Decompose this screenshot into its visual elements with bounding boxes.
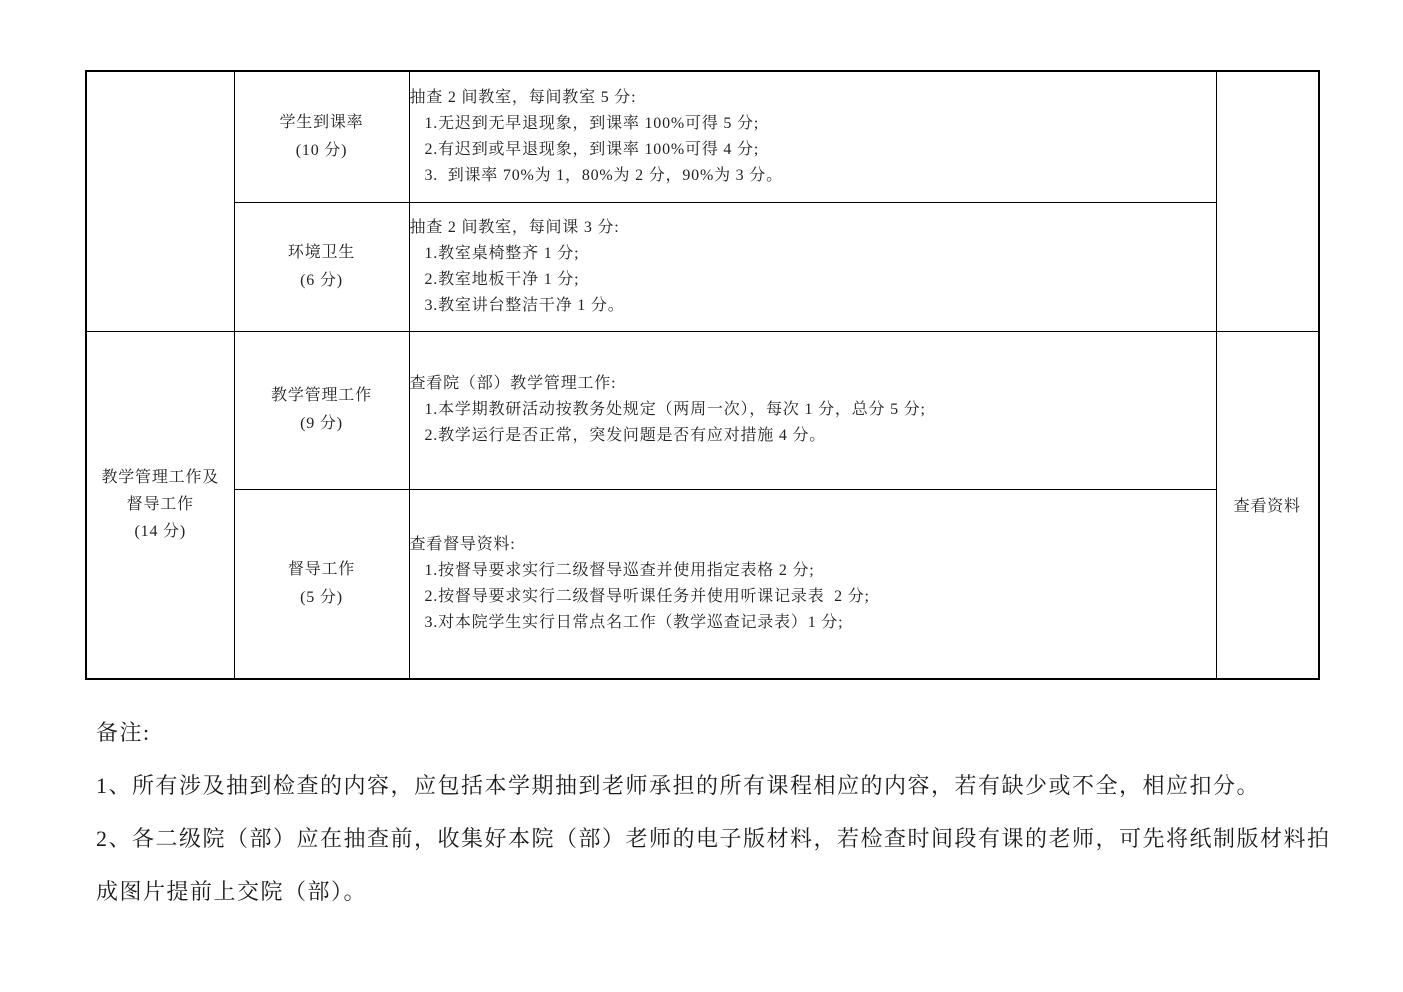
- detail-cell-supervision: 查看督导资料: 1.按督导要求实行二级督导巡查并使用指定表格 2 分; 2.按督…: [409, 489, 1216, 679]
- criterion-cell-management: 教学管理工作 (9 分): [234, 331, 409, 489]
- criterion-cell-supervision: 督导工作 (5 分): [234, 489, 409, 679]
- category-score: (14 分): [87, 518, 234, 545]
- table-row: 学生到课率 (10 分) 抽查 2 间教室，每间教室 5 分: 1.无迟到无早退…: [86, 71, 1319, 202]
- category-title-line: 督导工作: [87, 491, 234, 518]
- criterion-title: 学生到课率: [235, 109, 409, 137]
- criterion-title: 督导工作: [235, 556, 409, 584]
- criterion-score: (6 分): [235, 267, 409, 295]
- detail-line: 查看院（部）教学管理工作:: [410, 371, 1216, 397]
- detail-line: 1.按督导要求实行二级督导巡查并使用指定表格 2 分;: [410, 558, 1216, 584]
- criterion-title: 环境卫生: [235, 239, 409, 267]
- category-cell-teaching-management: 教学管理工作及 督导工作 (14 分): [86, 331, 234, 679]
- evaluation-table: 学生到课率 (10 分) 抽查 2 间教室，每间教室 5 分: 1.无迟到无早退…: [85, 70, 1320, 680]
- criterion-score: (9 分): [235, 410, 409, 438]
- detail-line: 查看督导资料:: [410, 532, 1216, 558]
- detail-line: 1.教室桌椅整齐 1 分;: [410, 241, 1216, 267]
- check-method-cell: 查看资料: [1216, 331, 1319, 679]
- note-2: 2、各二级院（部）应在抽查前，收集好本院（部）老师的电子版材料，若检查时间段有课…: [96, 812, 1346, 865]
- document-page: 学生到课率 (10 分) 抽查 2 间教室，每间教室 5 分: 1.无迟到无早退…: [0, 0, 1403, 992]
- detail-cell-environment: 抽查 2 间教室，每间课 3 分: 1.教室桌椅整齐 1 分; 2.教室地板干净…: [409, 202, 1216, 331]
- detail-line: 1.本学期教研活动按教务处规定（两周一次），每次 1 分，总分 5 分;: [410, 397, 1216, 423]
- detail-cell-attendance: 抽查 2 间教室，每间教室 5 分: 1.无迟到无早退现象，到课率 100%可得…: [409, 71, 1216, 202]
- notes-section: 备注: 1、所有涉及抽到检查的内容，应包括本学期抽到老师承担的所有课程相应的内容…: [96, 706, 1346, 918]
- detail-line: 3. 到课率 70%为 1，80%为 2 分，90%为 3 分。: [410, 163, 1216, 189]
- criterion-score: (5 分): [235, 584, 409, 612]
- criterion-title: 教学管理工作: [235, 382, 409, 410]
- table-row: 环境卫生 (6 分) 抽查 2 间教室，每间课 3 分: 1.教室桌椅整齐 1 …: [86, 202, 1319, 331]
- category-cell-empty: [86, 71, 234, 331]
- detail-line: 2.有迟到或早退现象，到课率 100%可得 4 分;: [410, 137, 1216, 163]
- note-1: 1、所有涉及抽到检查的内容，应包括本学期抽到老师承担的所有课程相应的内容，若有缺…: [96, 759, 1346, 812]
- detail-line: 抽查 2 间教室，每间教室 5 分:: [410, 85, 1216, 111]
- notes-heading: 备注:: [96, 706, 1346, 759]
- detail-line: 2.教室地板干净 1 分;: [410, 267, 1216, 293]
- detail-line: 3.对本院学生实行日常点名工作（教学巡查记录表）1 分;: [410, 610, 1216, 636]
- note-2-continued: 成图片提前上交院（部）。: [96, 865, 1346, 918]
- detail-line: 2.教学运行是否正常，突发问题是否有应对措施 4 分。: [410, 423, 1216, 449]
- detail-line: 1.无迟到无早退现象，到课率 100%可得 5 分;: [410, 111, 1216, 137]
- table-row: 教学管理工作及 督导工作 (14 分) 教学管理工作 (9 分) 查看院（部）教…: [86, 331, 1319, 489]
- criterion-score: (10 分): [235, 137, 409, 165]
- check-method-cell-empty: [1216, 71, 1319, 331]
- category-title-line: 教学管理工作及: [87, 464, 234, 491]
- detail-line: 2.按督导要求实行二级督导听课任务并使用听课记录表 2 分;: [410, 584, 1216, 610]
- detail-line: 抽查 2 间教室，每间课 3 分:: [410, 215, 1216, 241]
- criterion-cell-environment: 环境卫生 (6 分): [234, 202, 409, 331]
- detail-line: 3.教室讲台整洁干净 1 分。: [410, 293, 1216, 319]
- criterion-cell-attendance: 学生到课率 (10 分): [234, 71, 409, 202]
- detail-cell-management: 查看院（部）教学管理工作: 1.本学期教研活动按教务处规定（两周一次），每次 1…: [409, 331, 1216, 489]
- table-row: 督导工作 (5 分) 查看督导资料: 1.按督导要求实行二级督导巡查并使用指定表…: [86, 489, 1319, 679]
